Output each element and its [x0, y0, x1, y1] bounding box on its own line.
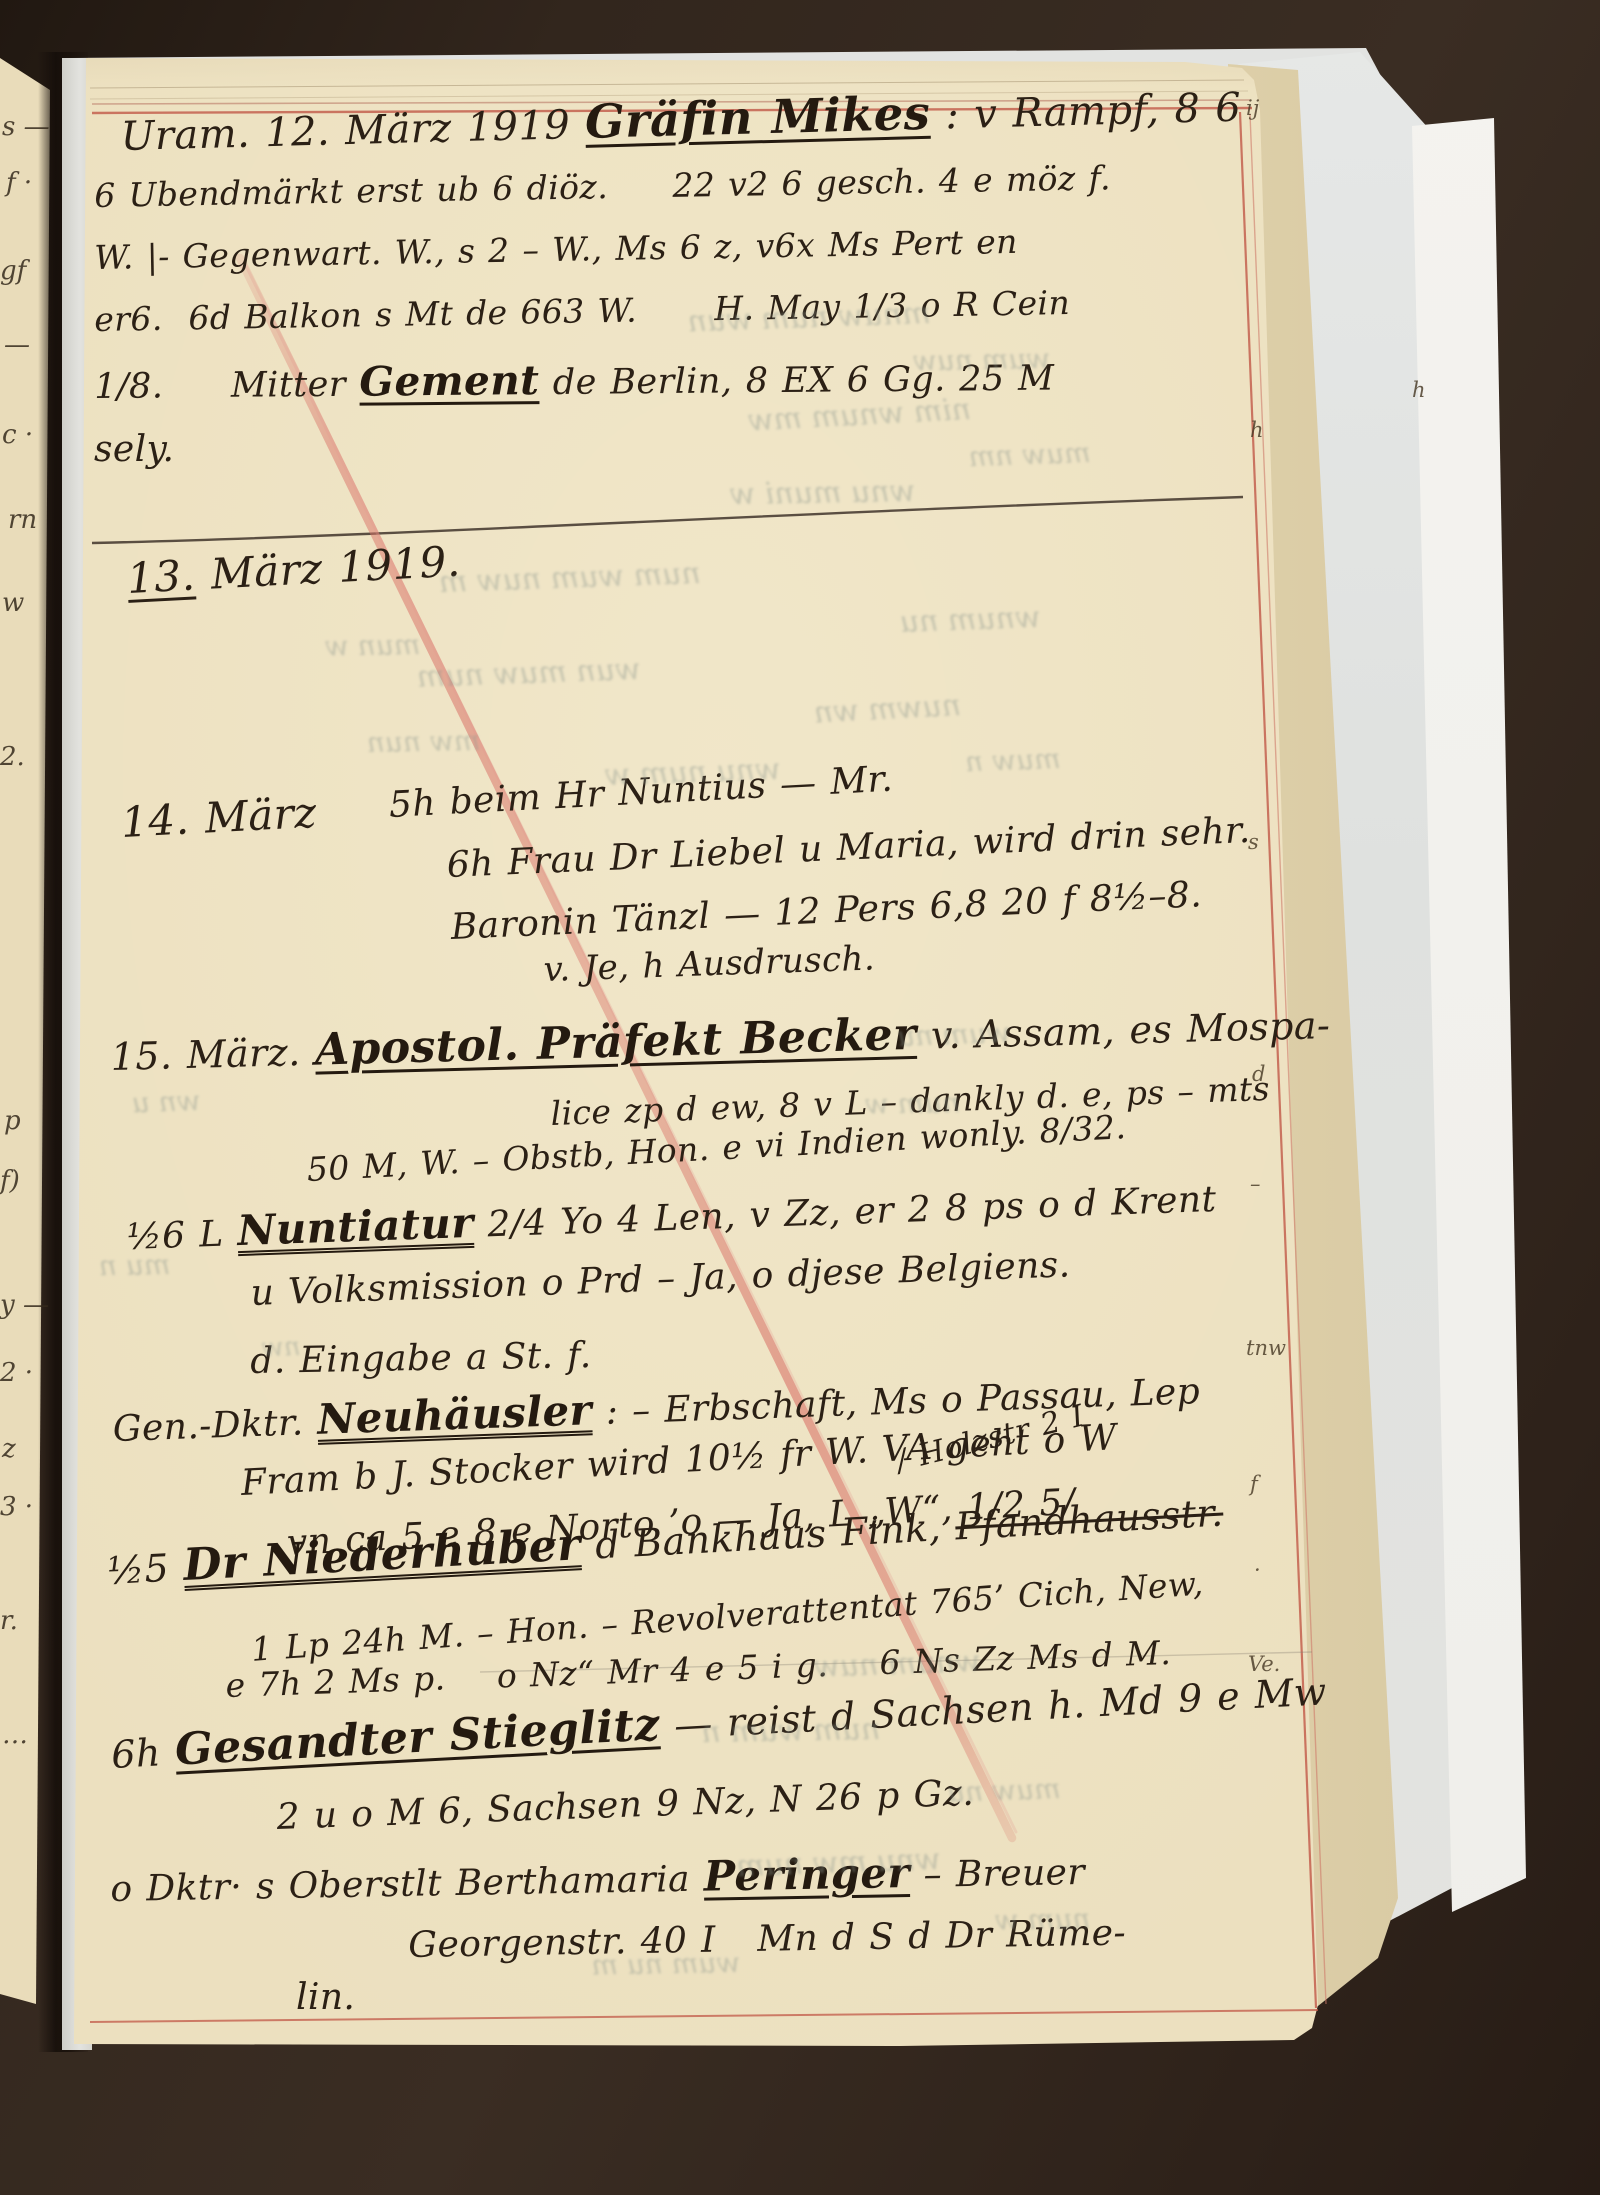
- underlined-name: Gement: [359, 356, 539, 406]
- handwriting-segment: Gen.-Dktr.: [112, 1402, 318, 1450]
- facing-page-text-fragment: f ·: [6, 168, 32, 198]
- facing-page-text-fragment: z: [2, 1434, 16, 1464]
- bleed-through-writing: mu n: [98, 1248, 170, 1282]
- bleed-through-writing: muw nu: [947, 1772, 1062, 1809]
- facing-page-text-fragment: gf: [0, 256, 26, 286]
- facing-page-text-fragment: s —: [2, 112, 50, 142]
- facing-page-text-fragment: 2.: [0, 742, 25, 772]
- facing-page-text-fragment: w: [2, 588, 24, 618]
- bleed-through-writing: num w: [865, 1086, 961, 1121]
- handwriting-segment: d. Eingabe a St. f.: [250, 1335, 592, 1382]
- diary-photo: Uram. 12. März 1919 Gräfin Mikes : v Ram…: [0, 0, 1600, 2195]
- diary-line: sely.: [94, 430, 174, 470]
- handwriting-segment: 6h: [110, 1730, 176, 1777]
- underlined-name: Neuhäusler: [316, 1385, 592, 1444]
- bleed-through-writing: num wum n: [701, 1712, 881, 1750]
- handwriting-segment: : v Rampf, 8 6: [930, 85, 1242, 139]
- bleed-through-writing: wn u: [131, 1084, 201, 1119]
- page-edge-text-fragment: ij: [1246, 96, 1259, 120]
- underlined-name: 13.: [126, 550, 196, 602]
- page-edge-text-fragment: tnw: [1246, 1336, 1286, 1360]
- diary-line: lin.: [296, 1978, 355, 2018]
- handwriting-segment: 15. März.: [110, 1030, 316, 1079]
- page-edge-text-fragment: d: [1252, 1062, 1265, 1086]
- page-edge-text-fragment: –: [1250, 1172, 1261, 1196]
- page-edge-text-fragment: Ve.: [1248, 1652, 1280, 1676]
- underlined-name: Nuntiatur: [236, 1198, 474, 1255]
- bleed-through-writing: wum nuw: [913, 342, 1051, 377]
- bleed-through-writing: wnu num w: [604, 752, 781, 793]
- bleed-through-writing: wum nu: [897, 1016, 1012, 1053]
- bleed-through-writing: nw: [261, 1332, 301, 1363]
- facing-page-text-fragment: f): [0, 1166, 20, 1196]
- diary-line: d. Eingabe a St. f.: [250, 1336, 592, 1382]
- facing-page-text-fragment: —: [4, 330, 30, 360]
- underlined-name: Gräfin Mikes: [584, 85, 930, 149]
- bleed-through-writing: wnum nuw: [813, 1644, 981, 1685]
- diary-line: 14. März: [120, 790, 318, 846]
- bleed-through-writing: wnu muni w: [729, 474, 915, 512]
- handwriting-segment: Mitter: [231, 365, 360, 406]
- bleed-through-writing: mw nun: [366, 724, 480, 759]
- bleed-through-writing: muw nm: [968, 436, 1091, 473]
- facing-page-text-fragment: p: [4, 1106, 21, 1136]
- facing-page-text-fragment: rn: [8, 505, 37, 535]
- facing-page-text-fragment: 3 ·: [0, 1492, 33, 1522]
- bleed-through-writing: wnu mw num: [736, 1842, 942, 1884]
- page-edge-text-fragment: ·: [1254, 1558, 1261, 1582]
- handwriting-segment: 1/8.: [94, 366, 231, 407]
- facing-page-text-fragment: c ·: [2, 420, 33, 450]
- facing-page-text-fragment: …: [2, 1720, 28, 1750]
- page-edge-text-fragment: s: [1248, 830, 1259, 854]
- page-edge-text-fragment: h: [1250, 418, 1264, 442]
- bleed-through-writing: num w: [995, 1902, 1091, 1937]
- facing-page-text-fragment: y —: [0, 1290, 49, 1320]
- page-edge-text-fragment: h: [1412, 378, 1426, 402]
- handwriting-segment: ½5: [106, 1545, 184, 1593]
- facing-page-text-fragment: r.: [0, 1606, 18, 1636]
- bleed-through-writing: mun w: [325, 628, 421, 663]
- bleed-through-writing: muw n: [965, 742, 1062, 778]
- facing-page-text-fragment: 2 ·: [0, 1358, 33, 1388]
- handwriting-segment: lin.: [296, 1977, 355, 2018]
- handwriting-segment: sely.: [94, 429, 174, 470]
- bleed-through-writing: wnum nu: [899, 600, 1041, 640]
- bleed-through-writing: wum nu m: [591, 1946, 741, 1982]
- handwriting-segment: 14. März: [120, 788, 318, 847]
- page-edge-text-fragment: f: [1250, 1472, 1258, 1496]
